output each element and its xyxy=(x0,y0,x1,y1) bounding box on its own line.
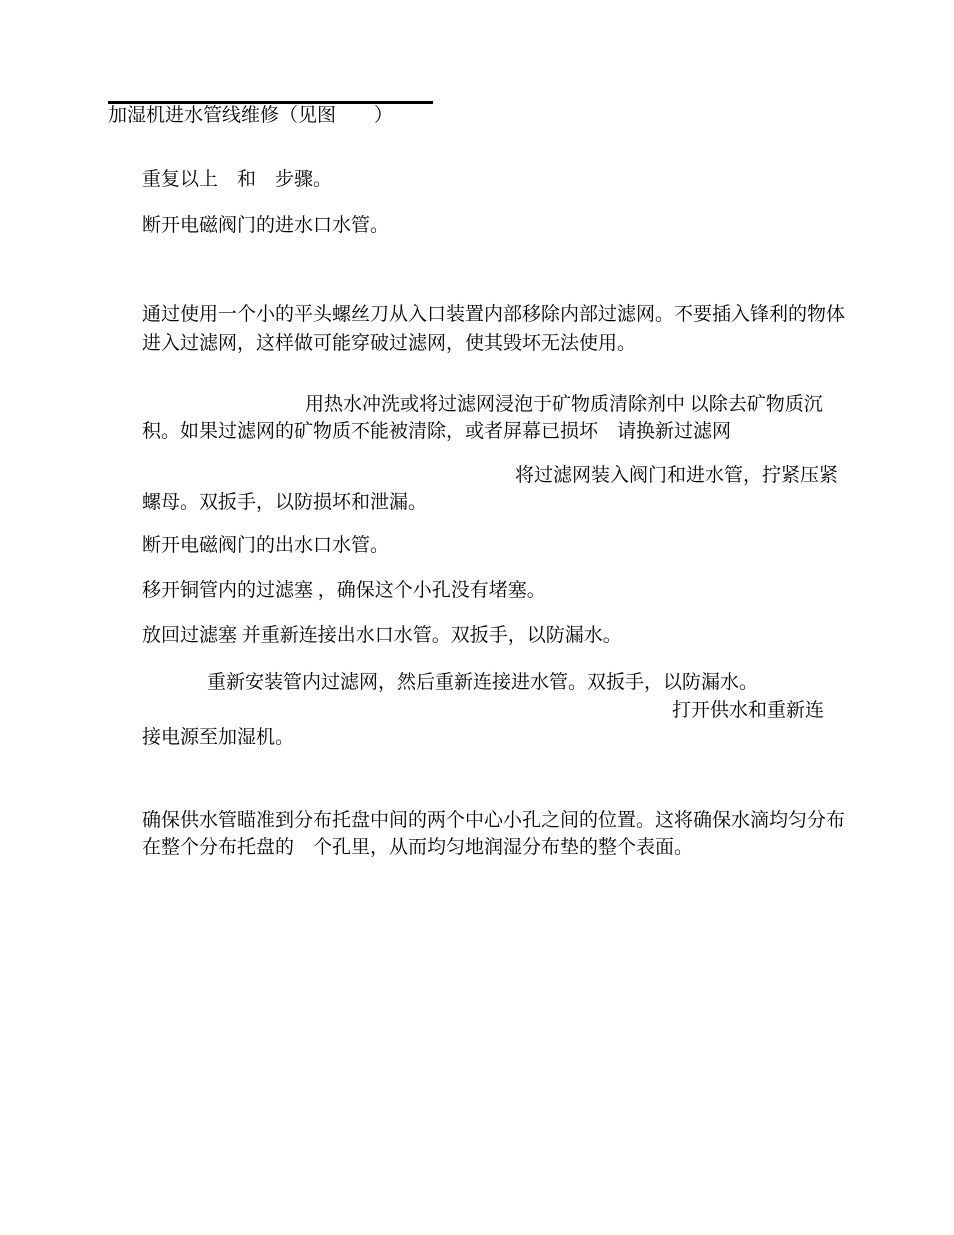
section-heading: 加湿机进水管线维修（见图 ） xyxy=(108,104,393,128)
para-replace-filter-plug: 放回过滤塞 并重新连接出水口水管。双扳手，以防漏水。 xyxy=(142,624,622,648)
para-reinstall-inline-screen: 重新安装管内过滤网，然后重新连接进水管。双扳手，以防漏水。 xyxy=(207,671,758,695)
para-disconnect-outlet-pipe: 断开电磁阀门的出水口水管。 xyxy=(142,534,389,558)
para-turn-on-water-and-power-line-2: 接电源至加湿机。 xyxy=(142,726,294,750)
para-ensure-supply-pipe-aim-line-2: 在整个分布托盘的 个孔里，从而均匀地润湿分布垫的整个表面。 xyxy=(142,836,693,860)
para-rinse-screen-line-2: 积。如果过滤网的矿物质不能被清除，或者屏幕已损坏 请换新过滤网 xyxy=(142,420,731,444)
para-repeat-steps: 重复以上 和 步骤。 xyxy=(142,168,332,192)
para-rinse-screen-line-1: 用热水冲洗或将过滤网浸泡于矿物质清除剂中 以除去矿物质沉 xyxy=(305,393,823,417)
para-remove-inner-screen-line-1: 通过使用一个小的平头螺丝刀从入口装置内部移除内部过滤网。不要插入锋利的物体 xyxy=(142,303,845,327)
para-ensure-supply-pipe-aim-line-1: 确保供水管瞄准到分布托盘中间的两个中心小孔之间的位置。这将确保水滴均匀分布 xyxy=(142,809,845,833)
para-disconnect-inlet-pipe: 断开电磁阀门的进水口水管。 xyxy=(142,214,389,238)
document-page: 加湿机进水管线维修（见图 ） 重复以上 和 步骤。 断开电磁阀门的进水口水管。 … xyxy=(0,0,954,1235)
para-remove-filter-plug: 移开铜管内的过滤塞 ，确保这个小孔没有堵塞。 xyxy=(142,579,546,603)
para-install-screen-line-2: 螺母。双扳手，以防损坏和泄漏。 xyxy=(142,491,427,515)
para-install-screen-line-1: 将过滤网装入阀门和进水管，拧紧压紧 xyxy=(515,464,838,488)
para-turn-on-water-and-power-line-1: 打开供水和重新连 xyxy=(672,699,824,723)
para-remove-inner-screen-line-2: 进入过滤网，这样做可能穿破过滤网，使其毁坏无法使用。 xyxy=(142,332,636,356)
